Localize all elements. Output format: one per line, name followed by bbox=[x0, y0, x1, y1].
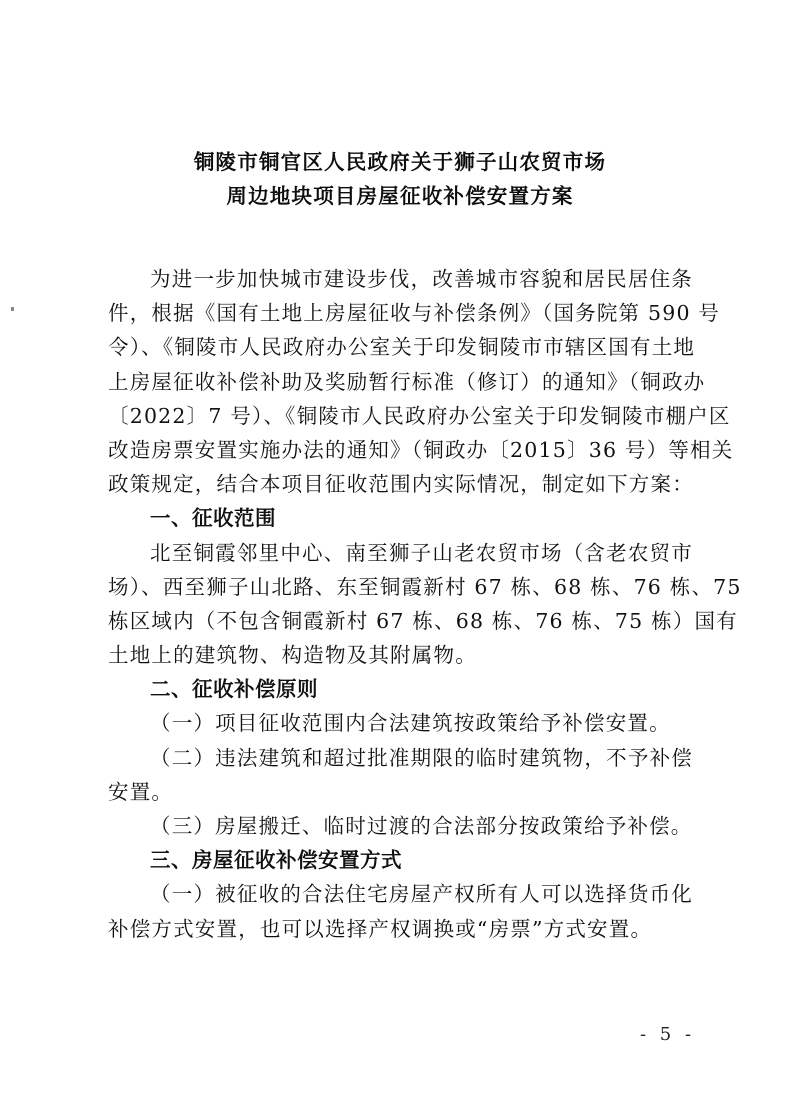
title-line-1: 铜陵市铜官区人民政府关于狮子山农贸市场 bbox=[100, 145, 700, 179]
section-heading: 一、征收范围 bbox=[108, 501, 693, 535]
section-heading: 二、征收补偿原则 bbox=[108, 672, 693, 706]
section-line: 补偿方式安置，也可以选择产权调换或“房票”方式安置。 bbox=[108, 912, 693, 946]
section-line: 安置。 bbox=[108, 775, 693, 809]
intro-line: 改造房票安置实施办法的通知》（铜政办〔2015〕36 号）等相关 bbox=[108, 433, 693, 467]
intro-line: 件，根据《国有土地上房屋征收与补偿条例》（国务院第 590 号 bbox=[108, 296, 693, 330]
intro-line: 〔2022〕7 号）、《铜陵市人民政府办公室关于印发铜陵市棚户区 bbox=[108, 399, 693, 433]
section-line: （一）被征收的合法住宅房屋产权所有人可以选择货币化 bbox=[108, 877, 693, 911]
intro-line: 政策规定，结合本项目征收范围内实际情况，制定如下方案： bbox=[108, 467, 693, 501]
section-line: （一）项目征收范围内合法建筑按政策给予补偿安置。 bbox=[108, 706, 693, 740]
section-line: 栋区域内（不包含铜霞新村 67 栋、68 栋、76 栋、75 栋）国有 bbox=[108, 604, 693, 638]
scan-speck bbox=[11, 307, 14, 311]
section-line: （三）房屋搬迁、临时过渡的合法部分按政策给予补偿。 bbox=[108, 809, 693, 843]
section-line: 土地上的建筑物、构造物及其附属物。 bbox=[108, 638, 693, 672]
section-line: （二）违法建筑和超过批准期限的临时建筑物，不予补偿 bbox=[108, 741, 693, 775]
title-line-2: 周边地块项目房屋征收补偿安置方案 bbox=[100, 179, 700, 213]
section-heading: 三、房屋征收补偿安置方式 bbox=[108, 843, 693, 877]
document-page: 铜陵市铜官区人民政府关于狮子山农贸市场 周边地块项目房屋征收补偿安置方案 为进一… bbox=[0, 0, 793, 1114]
section-principles: 二、征收补偿原则 （一）项目征收范围内合法建筑按政策给予补偿安置。 （二）违法建… bbox=[108, 672, 693, 843]
section-methods: 三、房屋征收补偿安置方式 （一）被征收的合法住宅房屋产权所有人可以选择货币化 补… bbox=[108, 843, 693, 946]
section-scope: 一、征收范围 北至铜霞邻里中心、南至狮子山老农贸市场（含老农贸市 场）、西至狮子… bbox=[108, 501, 693, 672]
section-line: 北至铜霞邻里中心、南至狮子山老农贸市场（含老农贸市 bbox=[108, 536, 693, 570]
document-body: 为进一步加快城市建设步伐，改善城市容貌和居民居住条 件，根据《国有土地上房屋征收… bbox=[108, 262, 693, 946]
intro-line: 令）、《铜陵市人民政府办公室关于印发铜陵市市辖区国有土地 bbox=[108, 330, 693, 364]
intro-paragraph: 为进一步加快城市建设步伐，改善城市容貌和居民居住条 件，根据《国有土地上房屋征收… bbox=[108, 262, 693, 501]
intro-line: 上房屋征收补偿补助及奖励暂行标准（修订）的通知》（铜政办 bbox=[108, 365, 693, 399]
intro-line: 为进一步加快城市建设步伐，改善城市容貌和居民居住条 bbox=[108, 262, 693, 296]
document-title: 铜陵市铜官区人民政府关于狮子山农贸市场 周边地块项目房屋征收补偿安置方案 bbox=[100, 145, 700, 213]
page-number: - 5 - bbox=[640, 1024, 695, 1045]
section-line: 场）、西至狮子山北路、东至铜霞新村 67 栋、68 栋、76 栋、75 bbox=[108, 570, 693, 604]
